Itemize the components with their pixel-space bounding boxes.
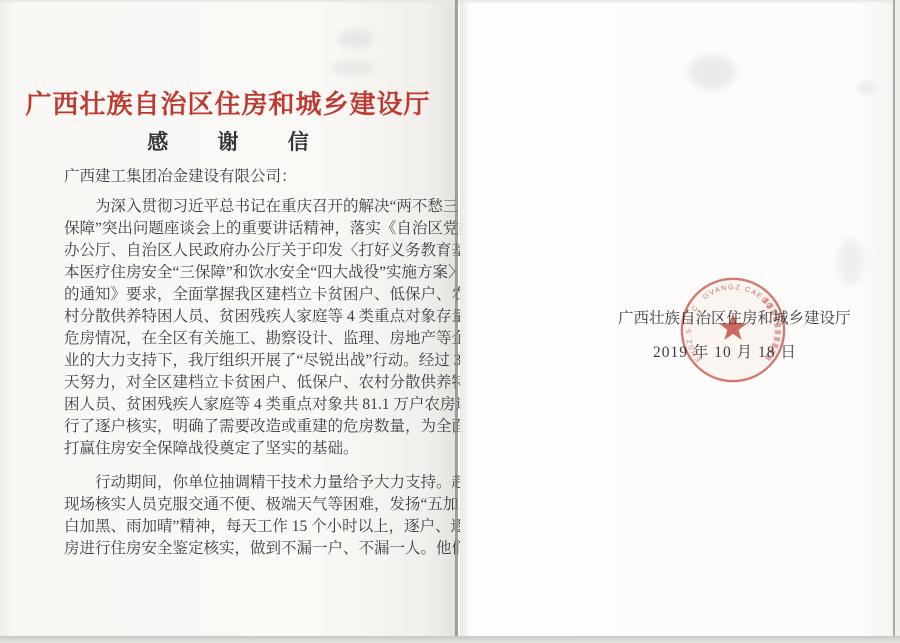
text-line: 办公厅、自治区人民政府办公厅关于印发〈打好义务教育基 bbox=[64, 240, 446, 262]
scan-smudge bbox=[338, 30, 372, 48]
text-line: 为深入贯彻习近平总书记在重庆召开的解决“两不愁三 bbox=[64, 196, 446, 218]
text-line: 行动期间，你单位抽调精干技术力量给予大力支持。赴 bbox=[64, 472, 446, 494]
text-line: 白加黑、雨加晴”精神，每天工作 15 个小时以上，逐户、逐 bbox=[64, 516, 446, 538]
letter-subtitle: 感 谢 信 bbox=[20, 126, 436, 156]
left-page: 广西壮族自治区住房和城乡建设厅 感 谢 信 广西建工集团冶金建设有限公司： 为深… bbox=[0, 0, 456, 636]
scan-smudge bbox=[838, 238, 864, 286]
scan-right-margin bbox=[895, 0, 900, 643]
text-line: 本医疗住房安全“三保障”和饮水安全“四大战役”实施方案〉 bbox=[64, 262, 446, 284]
text-line: 现场核实人员克服交通不便、极端天气等困难，发扬“五加二、 bbox=[64, 494, 446, 516]
salutation: 广西建工集团冶金建设有限公司： bbox=[64, 166, 446, 188]
scan-top-edge bbox=[0, 0, 900, 4]
text-line: 行了逐户核实，明确了需要改造或重建的危房数量，为全面 bbox=[64, 416, 446, 438]
text-line: 房进行住房安全鉴定核实，做到不漏一户、不漏一人。他们 bbox=[64, 538, 446, 560]
official-seal: GVANGZ CAEUQ S. C ENSZ SINGH bbox=[674, 271, 792, 389]
body-paragraph: 为深入贯彻习近平总书记在重庆召开的解决“两不愁三保障”突出问题座谈会上的重要讲话… bbox=[64, 196, 446, 460]
scan-smudge bbox=[688, 55, 736, 89]
scanned-letter: 广西壮族自治区住房和城乡建设厅 感 谢 信 广西建工集团冶金建设有限公司： 为深… bbox=[0, 0, 900, 643]
text-line: 业的大力支持下，我厅组织开展了“尽锐出战”行动。经过 32 bbox=[64, 350, 446, 372]
scan-smudge bbox=[856, 82, 876, 94]
letter-title: 广西壮族自治区住房和城乡建设厅 bbox=[20, 84, 436, 121]
page-seam bbox=[455, 0, 458, 637]
text-line: 的通知》要求，全面掌握我区建档立卡贫困户、低保户、农 bbox=[64, 284, 446, 306]
text-line: 村分散供养特困人员、贫困残疾人家庭等 4 类重点对象存量 bbox=[64, 306, 446, 328]
scan-bottom-edge bbox=[0, 636, 900, 643]
text-line: 危房情况，在全区有关施工、勘察设计、监理、房地产等企 bbox=[64, 328, 446, 350]
letter-body-left: 广西建工集团冶金建设有限公司： 为深入贯彻习近平总书记在重庆召开的解决“两不愁三… bbox=[64, 166, 446, 560]
body-paragraph: 行动期间，你单位抽调精干技术力量给予大力支持。赴现场核实人员克服交通不便、极端天… bbox=[64, 472, 446, 560]
text-line: 打赢住房安全保障战役奠定了坚实的基础。 bbox=[64, 438, 446, 460]
scan-smudge bbox=[330, 60, 374, 76]
text-line: 困人员、贫困残疾人家庭等 4 类重点对象共 81.1 万户农房进 bbox=[64, 394, 446, 416]
text-line: 保障”突出问题座谈会上的重要讲话精神，落实《自治区党委 bbox=[64, 218, 446, 240]
text-line: 天努力，对全区建档立卡贫困户、低保户、农村分散供养特 bbox=[64, 372, 446, 394]
